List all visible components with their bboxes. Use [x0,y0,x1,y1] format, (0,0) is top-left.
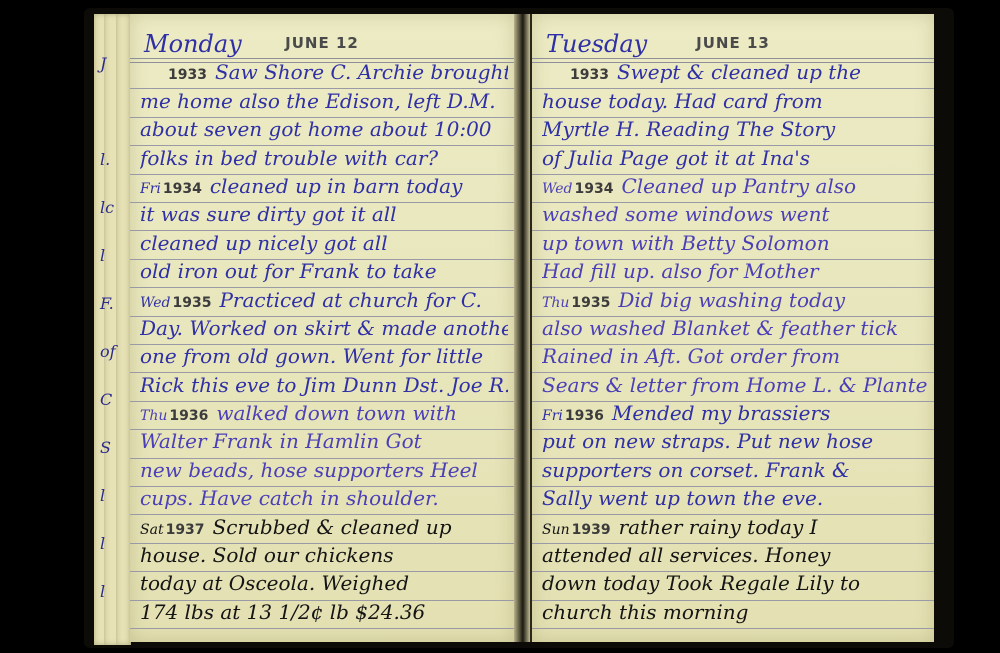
entry-day-label: Thu [542,289,569,314]
entry-text: Mended my brassiers [612,401,831,425]
entry-text: Swept & cleaned up the [617,60,861,84]
entry-text: house today. Had card from [542,89,823,113]
entry-line: down today Took Regale Lily to [542,569,928,597]
book-gutter [514,14,530,642]
entry-day-label: Wed [542,175,573,200]
entry-line: attended all services. Honey [542,541,928,569]
entry-line: Had fill up. also for Mother [542,257,928,285]
entry-line: Walter Frank in Hamlin Got [140,427,508,455]
ruled-line [532,401,934,402]
ruled-line [532,230,934,231]
entry-year: 1933 [570,61,609,86]
entry-line: new beads, hose supporters Heel [140,456,508,484]
entry-text: 174 lbs at 13 1/2¢ lb $24.36 [140,600,425,624]
entry-text: Had fill up. also for Mother [542,259,819,283]
edge-handwriting-fragments: J l. lc l F. of C S l l l l 1 l l [100,40,126,630]
entry-text: down today Took Regale Lily to [542,571,860,595]
entry-line: supporters on corset. Frank & [542,456,928,484]
entry-line: Sears & letter from Home L. & Planter [542,371,928,399]
entry-line: also washed Blanket & feather tick [542,314,928,342]
entry-year: 1937 [166,516,205,541]
entry-line: me home also the Edison, left D.M. [140,87,508,115]
ruled-line [130,514,514,515]
ruled-line [130,230,514,231]
entry-text: supporters on corset. Frank & [542,458,850,482]
ruled-line [130,486,514,487]
entry-line: cups. Have catch in shoulder. [140,484,508,512]
entry-first-line: 1933Saw Shore C. Archie brought [140,58,508,86]
entry-first-line: Thu1935Did big washing today [542,286,928,314]
entry-year: 1934 [575,175,614,200]
entry-line: Day. Worked on skirt & made another [140,314,508,342]
entry-text: Cleaned up Pantry also [621,174,856,198]
ruled-line [130,287,514,288]
ruled-line [532,372,934,373]
entry-first-line: Thu1936walked down town with [140,399,508,427]
entry-line: washed some windows went [542,200,928,228]
ruled-line [130,202,514,203]
entry-line: today at Osceola. Weighed [140,569,508,597]
entry-line: up town with Betty Solomon [542,229,928,257]
entry-text: washed some windows went [542,202,830,226]
ruled-line [130,401,514,402]
entry-text: Myrtle H. Reading The Story [542,117,835,141]
left-page: JUNE 12 Monday 1933Saw Shore C. Archie b… [130,14,516,642]
ruled-line [130,174,514,175]
ruled-line [532,316,934,317]
ruled-line [532,117,934,118]
ruled-line [130,145,514,146]
entry-line: Rained in Aft. Got order from [542,342,928,370]
entry-year: 1933 [168,61,207,86]
ruled-line [130,429,514,430]
entry-year: 1935 [173,289,212,314]
entry-text: Sally went up town the eve. [542,486,823,510]
entry-year: 1939 [572,516,611,541]
entry-line: 174 lbs at 13 1/2¢ lb $24.36 [140,598,508,626]
ruled-line [130,259,514,260]
entry-year: 1936 [565,402,604,427]
entry-first-line: Fri1934cleaned up in barn today [140,172,508,200]
entry-text: Rained in Aft. Got order from [542,344,840,368]
entry-text: about seven got home about 10:00 [140,117,492,141]
entry-day-label: Thu [140,402,167,427]
entry-text: put on new straps. Put new hose [542,429,873,453]
entry-line: folks in bed trouble with car? [140,144,508,172]
ruled-line [532,429,934,430]
entry-text: Day. Worked on skirt & made another [140,316,508,340]
entry-line: put on new straps. Put new hose [542,427,928,455]
ruled-line [130,117,514,118]
entry-first-line: Sat1937Scrubbed & cleaned up [140,513,508,541]
entry-text: it was sure dirty got it all [140,202,397,226]
entry-line: house today. Had card from [542,87,928,115]
entry-text: Did big washing today [618,288,845,312]
entry-line: about seven got home about 10:00 [140,115,508,143]
entry-line: Myrtle H. Reading The Story [542,115,928,143]
entry-text: walked down town with [216,401,457,425]
ruled-line [532,628,934,629]
entry-text: attended all services. Honey [542,543,830,567]
weekday-label: Monday [140,30,508,58]
ruled-line [532,600,934,601]
entry-first-line: Wed1935Practiced at church for C. [140,286,508,314]
ruled-line [532,571,934,572]
entry-text: old iron out for Frank to take [140,259,437,283]
ruled-line [532,486,934,487]
ruled-line [532,458,934,459]
ruled-line [532,202,934,203]
entry-text: of Julia Page got it at Ina's [542,146,810,170]
right-page: JUNE 13 Tuesday 1933Swept & cleaned up t… [530,14,934,642]
entry-text: Walter Frank in Hamlin Got [140,429,422,453]
ruled-line [130,372,514,373]
entry-year: 1936 [169,402,208,427]
entry-line: one from old gown. Went for little [140,342,508,370]
entry-line: Sally went up town the eve. [542,484,928,512]
ruled-line [532,287,934,288]
entry-text: Rick this eve to Jim Dunn Dst. Joe R.I. [140,373,508,397]
ruled-line [532,344,934,345]
entry-line: it was sure dirty got it all [140,200,508,228]
ruled-line [130,458,514,459]
ruled-line [130,600,514,601]
entry-text: Scrubbed & cleaned up [213,515,452,539]
ruled-line [130,543,514,544]
entry-text: one from old gown. Went for little [140,344,483,368]
ruled-line [532,88,934,89]
entry-line: old iron out for Frank to take [140,257,508,285]
ruled-line [532,543,934,544]
entry-text: Sears & letter from Home L. & Planter [542,373,928,397]
entry-text: new beads, hose supporters Heel [140,458,478,482]
entry-first-line: Sun1939rather rainy today I [542,513,928,541]
entry-year: 1935 [571,289,610,314]
entry-first-line: Wed1934Cleaned up Pantry also [542,172,928,200]
entry-text: also washed Blanket & feather tick [542,316,898,340]
entry-year: 1934 [163,175,202,200]
ruled-line [532,514,934,515]
entry-line: cleaned up nicely got all [140,229,508,257]
entry-text: Practiced at church for C. [219,288,481,312]
ruled-line [532,174,934,175]
ruled-line [130,316,514,317]
entry-day-label: Wed [140,289,171,314]
entry-day-label: Sat [140,516,164,541]
ruled-line [532,145,934,146]
entry-text: cleaned up nicely got all [140,231,388,255]
entry-text: up town with Betty Solomon [542,231,830,255]
ruled-line [130,571,514,572]
entry-day-label: Fri [140,175,161,200]
entry-day-label: Sun [542,516,570,541]
entry-text: house. Sold our chickens [140,543,394,567]
entry-day-label: Fri [542,402,563,427]
ruled-line [130,344,514,345]
entry-text: today at Osceola. Weighed [140,571,409,595]
entry-line: of Julia Page got it at Ina's [542,144,928,172]
ruled-line [532,259,934,260]
entry-text: Saw Shore C. Archie brought [215,60,508,84]
entry-line: Rick this eve to Jim Dunn Dst. Joe R.I. [140,371,508,399]
weekday-label: Tuesday [542,30,928,58]
ruled-line [130,628,514,629]
entry-text: cups. Have catch in shoulder. [140,486,439,510]
entry-first-line: Fri1936Mended my brassiers [542,399,928,427]
entry-first-line: 1933Swept & cleaned up the [542,58,928,86]
entry-text: cleaned up in barn today [210,174,463,198]
entry-text: folks in bed trouble with car? [140,146,438,170]
entry-text: me home also the Edison, left D.M. [140,89,496,113]
entry-line: church this morning [542,598,928,626]
ruled-line [130,88,514,89]
entry-text: church this morning [542,600,748,624]
entry-line: house. Sold our chickens [140,541,508,569]
entry-text: rather rainy today I [619,515,818,539]
